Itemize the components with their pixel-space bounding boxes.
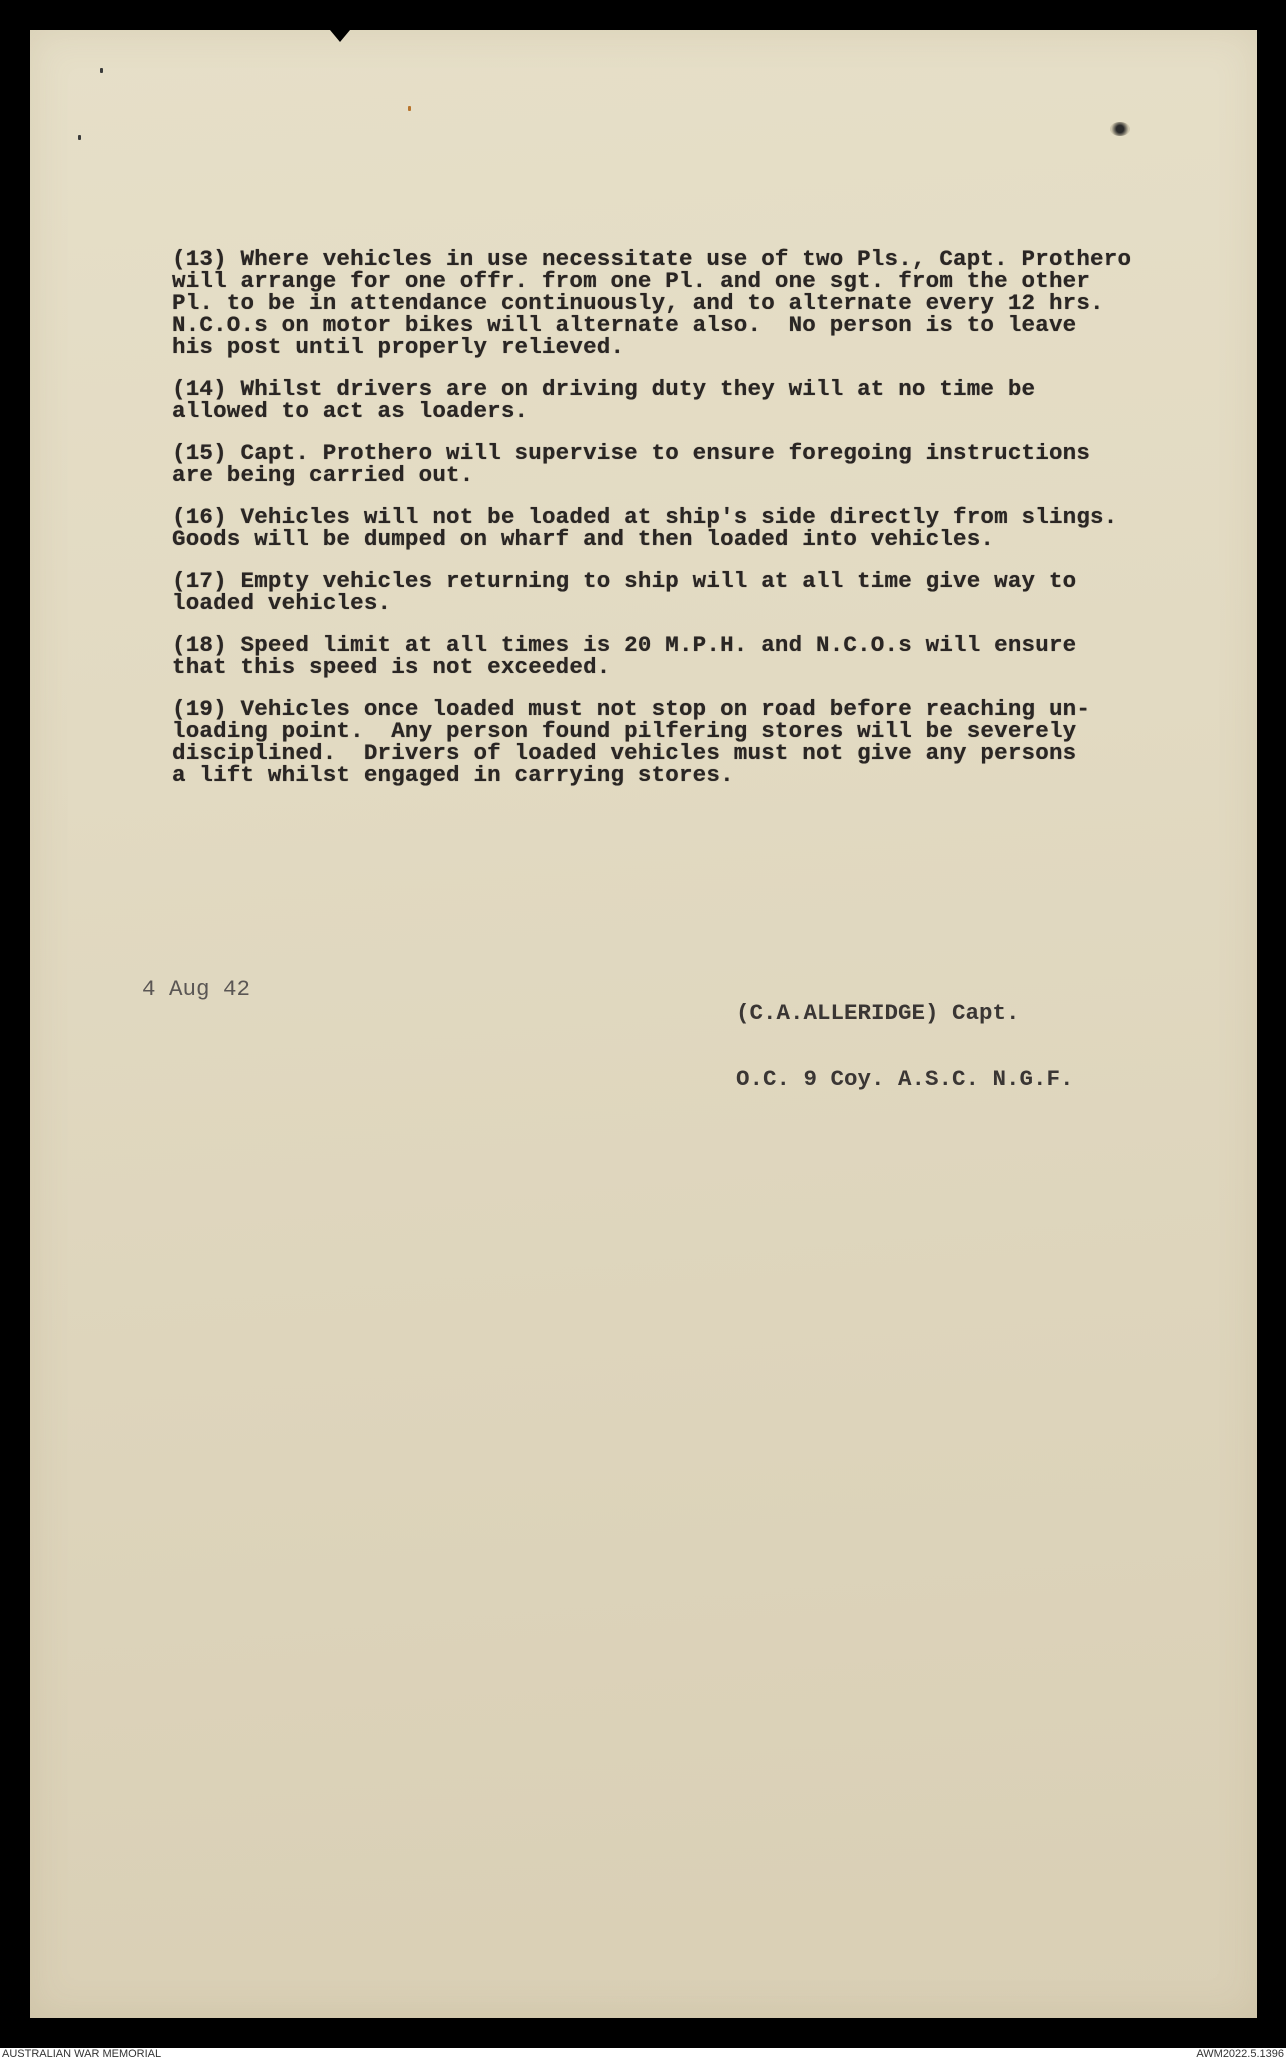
signature-name: (C.A.ALLERIDGE) Capt. (736, 1002, 1074, 1024)
paragraph-13: (13) Where vehicles in use necessitate u… (172, 248, 1232, 358)
archive-reference: AWM2022.5.1396 (1196, 2048, 1284, 2061)
ink-speck (78, 135, 81, 140)
paragraph-16: (16) Vehicles will not be loaded at ship… (172, 506, 1232, 550)
signature: (C.A.ALLERIDGE) Capt. O.C. 9 Coy. A.S.C.… (736, 958, 1074, 1134)
paragraph-14: (14) Whilst drivers are on driving duty … (172, 378, 1232, 422)
paragraph-17: (17) Empty vehicles returning to ship wi… (172, 570, 1232, 614)
document-body: (13) Where vehicles in use necessitate u… (172, 248, 1232, 806)
paragraph-19: (19) Vehicles once loaded must not stop … (172, 698, 1232, 786)
signature-unit: O.C. 9 Coy. A.S.C. N.G.F. (736, 1068, 1074, 1090)
archive-footer: AUSTRALIAN WAR MEMORIAL AWM2022.5.1396 (0, 2048, 1286, 2061)
page-notch (330, 30, 350, 42)
stain-speck (408, 106, 411, 111)
document-page: (13) Where vehicles in use necessitate u… (30, 30, 1257, 2018)
punch-hole (1110, 122, 1130, 136)
document-date: 4 Aug 42 (142, 978, 250, 1000)
ink-speck (100, 68, 103, 73)
archive-name: AUSTRALIAN WAR MEMORIAL (2, 2048, 161, 2061)
paragraph-15: (15) Capt. Prothero will supervise to en… (172, 442, 1232, 486)
paragraph-18: (18) Speed limit at all times is 20 M.P.… (172, 634, 1232, 678)
